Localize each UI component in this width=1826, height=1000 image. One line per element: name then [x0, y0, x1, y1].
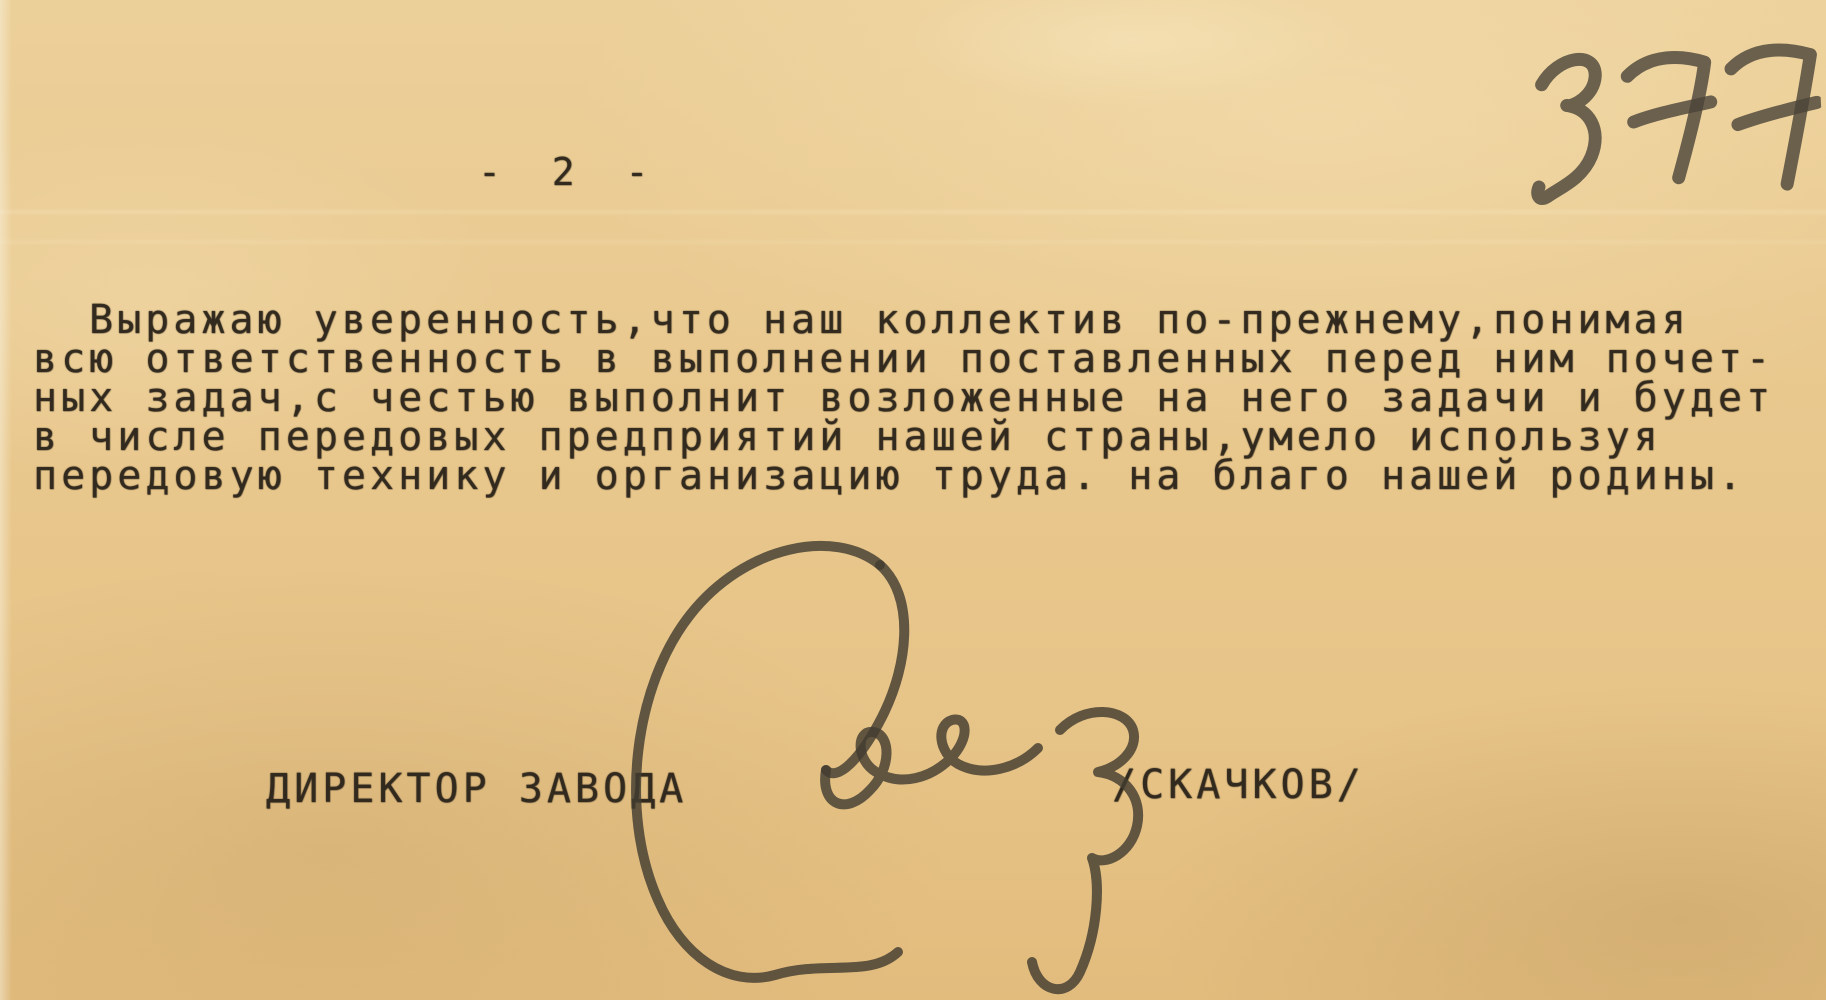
handwritten-377-strokes — [1518, 32, 1826, 217]
handwritten-archive-number — [1518, 32, 1826, 221]
body-line: передовую технику и организацию труда. н… — [33, 457, 1813, 496]
scan-edge-highlight — [0, 0, 12, 1000]
body-line: в числе передовых предприятий нашей стра… — [33, 418, 1813, 457]
signature-strokes — [540, 520, 1260, 1000]
body-line: всю ответственность в выполнении поставл… — [33, 340, 1813, 379]
page-number: - 2 - — [478, 150, 662, 194]
director-signature — [540, 520, 1260, 1000]
body-line: ных задач,с честью выполнит возложенные … — [33, 379, 1813, 418]
body-line: Выражаю уверенность,что наш коллектив по… — [33, 301, 1813, 340]
paper-crease — [0, 238, 1826, 246]
body-paragraph: Выражаю уверенность,что наш коллектив по… — [33, 301, 1813, 496]
